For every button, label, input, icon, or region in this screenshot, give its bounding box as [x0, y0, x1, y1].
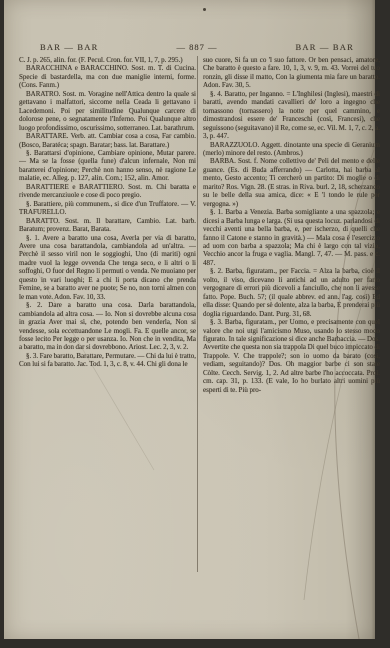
- column-divider-rule: [197, 56, 198, 572]
- dictionary-entry: BARBA. Sost. f. Nome collettivo de' Peli…: [203, 157, 380, 208]
- running-title-left: BAR — BAR: [40, 42, 99, 52]
- entry-subsection: §. 2. Barba, figuratam., per Faccia. = A…: [203, 267, 380, 318]
- scanned-book-page: BAR — BAR — 887 — BAR — BAR C. J. p. 265…: [4, 0, 375, 639]
- right-column: suo cuore, Si fa un co 'l suo fattore. O…: [203, 56, 380, 578]
- dictionary-entry: BARATRO. Sost. m. Voragine nell'Attica d…: [19, 90, 196, 132]
- running-head: BAR — BAR — 887 — BAR — BAR: [40, 42, 354, 52]
- dictionary-entry: BARATTIERE e BARATTIERO. Sost. m. Chi ba…: [19, 183, 196, 200]
- entry-subsection: §. Barattarsi d'opinione, Cambiare opini…: [19, 149, 196, 183]
- printer-mark-dot: [203, 8, 206, 11]
- dictionary-entry: BARATTO. Sost. m. Il barattare, Cambio. …: [19, 217, 196, 234]
- entry-subsection: §. 3. Barba, figuratam., per Uomo, e pre…: [203, 318, 380, 394]
- running-title-right: BAR — BAR: [295, 42, 354, 52]
- paragraph: suo cuore, Si fa un co 'l suo fattore. O…: [203, 56, 380, 90]
- entry-subsection: §. 2. Dare a baratto una cosa. Darla bar…: [19, 301, 196, 352]
- left-column: C. J. p. 265, alin. for. (F. Pecul. Cron…: [19, 56, 196, 578]
- entry-subsection: §. 3. Fare baratto, Barattare, Permutare…: [19, 352, 196, 369]
- entry-subsection: §. Barattiere, più communem., si dice d'…: [19, 200, 196, 217]
- dictionary-entry: BARACCHINA e BARACCHINO. Sost. m. T. di …: [19, 64, 196, 89]
- entry-subsection: §. 4. Baratto, per Inganno. = L'Inghiles…: [203, 90, 380, 141]
- dictionary-entry: BARAZZUOLO. Aggett. dinotante una specie…: [203, 141, 380, 158]
- paragraph: C. J. p. 265, alin. for. (F. Pecul. Cron…: [19, 56, 196, 64]
- page-number: — 887 —: [177, 42, 218, 52]
- entry-subsection: §. 1. Avere a baratto una cosa, Averla p…: [19, 234, 196, 302]
- entry-subsection: §. 1. Barba a Venezia. Barba somigliante…: [203, 208, 380, 267]
- dictionary-entry: BARATTARE. Verb. att. Cambiar cosa a cos…: [19, 132, 196, 149]
